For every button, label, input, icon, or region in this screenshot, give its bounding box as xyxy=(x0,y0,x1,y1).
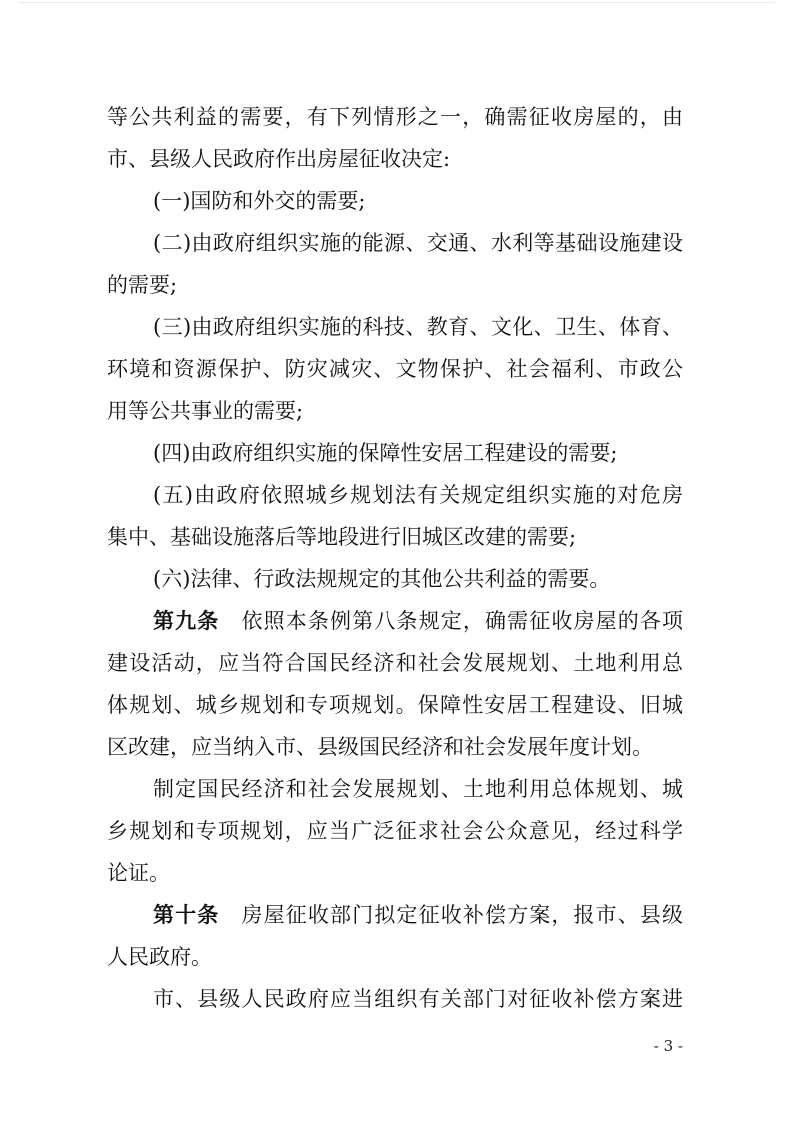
text-line: 区改建，应当纳入市、县级国民经济和社会发展年度计划。 xyxy=(107,726,683,768)
paragraph: 等公共利益的需要，有下列情形之一，确需征收房屋的，由市、县级人民政府作出房屋征收… xyxy=(107,96,683,180)
paragraph: (五)由政府依照城乡规划法有关规定组织实施的对危房集中、基础设施落后等地段进行旧… xyxy=(107,474,683,558)
text-run: 集中、基础设施落后等地段进行旧城区改建的需要; xyxy=(107,525,576,549)
text-run: 等公共利益的需要，有下列情形之一，确需征收房屋的，由 xyxy=(107,105,683,129)
text-run: 制定国民经济和社会发展规划、土地利用总体规划、城 xyxy=(153,777,683,801)
text-run: 体规划、城乡规划和专项规划。保障性安居工程建设、旧城 xyxy=(107,693,683,717)
text-run: (五)由政府依照城乡规划法有关规定组织实施的对危房 xyxy=(153,483,683,507)
article-number-heading: 第九条 xyxy=(153,609,219,633)
page-number-label: - 3 - xyxy=(654,1037,683,1055)
text-line: 论证。 xyxy=(107,852,683,894)
paragraph: (一)国防和外交的需要; xyxy=(107,180,683,222)
document-body: 等公共利益的需要，有下列情形之一，确需征收房屋的，由市、县级人民政府作出房屋征收… xyxy=(107,96,683,1020)
text-line: 用等公共事业的需要; xyxy=(107,390,683,432)
text-line: 集中、基础设施落后等地段进行旧城区改建的需要; xyxy=(107,516,683,558)
text-line: 第九条 依照本条例第八条规定，确需征收房屋的各项 xyxy=(107,600,683,642)
text-run: (四)由政府组织实施的保障性安居工程建设的需要; xyxy=(153,441,617,465)
text-run: 论证。 xyxy=(107,861,170,885)
text-line: 等公共利益的需要，有下列情形之一，确需征收房屋的，由 xyxy=(107,96,683,138)
paragraph: 第十条 房屋征收部门拟定征收补偿方案，报市、县级人民政府。 xyxy=(107,894,683,978)
text-line: 市、县级人民政府作出房屋征收决定: xyxy=(107,138,683,180)
paragraph: 市、县级人民政府应当组织有关部门对征收补偿方案进 xyxy=(107,978,683,1020)
text-run: 人民政府。 xyxy=(107,945,212,969)
paragraph: (三)由政府组织实施的科技、教育、文化、卫生、体育、环境和资源保护、防灾减灾、文… xyxy=(107,306,683,432)
paragraph: (四)由政府组织实施的保障性安居工程建设的需要; xyxy=(107,432,683,474)
text-run: 依照本条例第八条规定，确需征收房屋的各项 xyxy=(219,609,683,633)
text-line: 第十条 房屋征收部门拟定征收补偿方案，报市、县级 xyxy=(107,894,683,936)
page-footer: - 3 - xyxy=(107,1035,683,1057)
text-run: 市、县级人民政府应当组织有关部门对征收补偿方案进 xyxy=(153,987,683,1011)
paragraph: 制定国民经济和社会发展规划、土地利用总体规划、城乡规划和专项规划，应当广泛征求社… xyxy=(107,768,683,894)
text-line: 的需要; xyxy=(107,264,683,306)
text-run: 环境和资源保护、防灾减灾、文物保护、社会福利、市政公 xyxy=(107,357,683,381)
text-line: 建设活动，应当符合国民经济和社会发展规划、土地利用总 xyxy=(107,642,683,684)
text-run: 的需要; xyxy=(107,273,177,297)
text-run: (一)国防和外交的需要; xyxy=(153,189,365,213)
text-run: (二)由政府组织实施的能源、交通、水利等基础设施建设 xyxy=(153,231,683,255)
text-line: 人民政府。 xyxy=(107,936,683,978)
text-run: 乡规划和专项规划，应当广泛征求社会公众意见，经过科学 xyxy=(107,819,683,843)
text-run: (三)由政府组织实施的科技、教育、文化、卫生、体育、 xyxy=(153,315,683,339)
text-line: (四)由政府组织实施的保障性安居工程建设的需要; xyxy=(107,432,683,474)
text-run: 房屋征收部门拟定征收补偿方案，报市、县级 xyxy=(219,903,683,927)
text-line: (一)国防和外交的需要; xyxy=(107,180,683,222)
document-page: 等公共利益的需要，有下列情形之一，确需征收房屋的，由市、县级人民政府作出房屋征收… xyxy=(0,0,793,1122)
text-line: 环境和资源保护、防灾减灾、文物保护、社会福利、市政公 xyxy=(107,348,683,390)
text-line: 乡规划和专项规划，应当广泛征求社会公众意见，经过科学 xyxy=(107,810,683,852)
text-run: 建设活动，应当符合国民经济和社会发展规划、土地利用总 xyxy=(107,651,683,675)
paragraph: 第九条 依照本条例第八条规定，确需征收房屋的各项建设活动，应当符合国民经济和社会… xyxy=(107,600,683,768)
text-line: (六)法律、行政法规规定的其他公共利益的需要。 xyxy=(107,558,683,600)
text-run: 用等公共事业的需要; xyxy=(107,399,303,423)
paragraph: (六)法律、行政法规规定的其他公共利益的需要。 xyxy=(107,558,683,600)
article-number-heading: 第十条 xyxy=(153,903,219,927)
text-run: 市、县级人民政府作出房屋征收决定: xyxy=(107,147,450,171)
text-run: (六)法律、行政法规规定的其他公共利益的需要。 xyxy=(153,567,610,591)
paragraph: (二)由政府组织实施的能源、交通、水利等基础设施建设的需要; xyxy=(107,222,683,306)
text-line: (二)由政府组织实施的能源、交通、水利等基础设施建设 xyxy=(107,222,683,264)
text-line: (五)由政府依照城乡规划法有关规定组织实施的对危房 xyxy=(107,474,683,516)
text-line: 体规划、城乡规划和专项规划。保障性安居工程建设、旧城 xyxy=(107,684,683,726)
text-line: 市、县级人民政府应当组织有关部门对征收补偿方案进 xyxy=(107,978,683,1020)
text-line: 制定国民经济和社会发展规划、土地利用总体规划、城 xyxy=(107,768,683,810)
text-run: 区改建，应当纳入市、县级国民经济和社会发展年度计划。 xyxy=(107,735,653,759)
text-line: (三)由政府组织实施的科技、教育、文化、卫生、体育、 xyxy=(107,306,683,348)
